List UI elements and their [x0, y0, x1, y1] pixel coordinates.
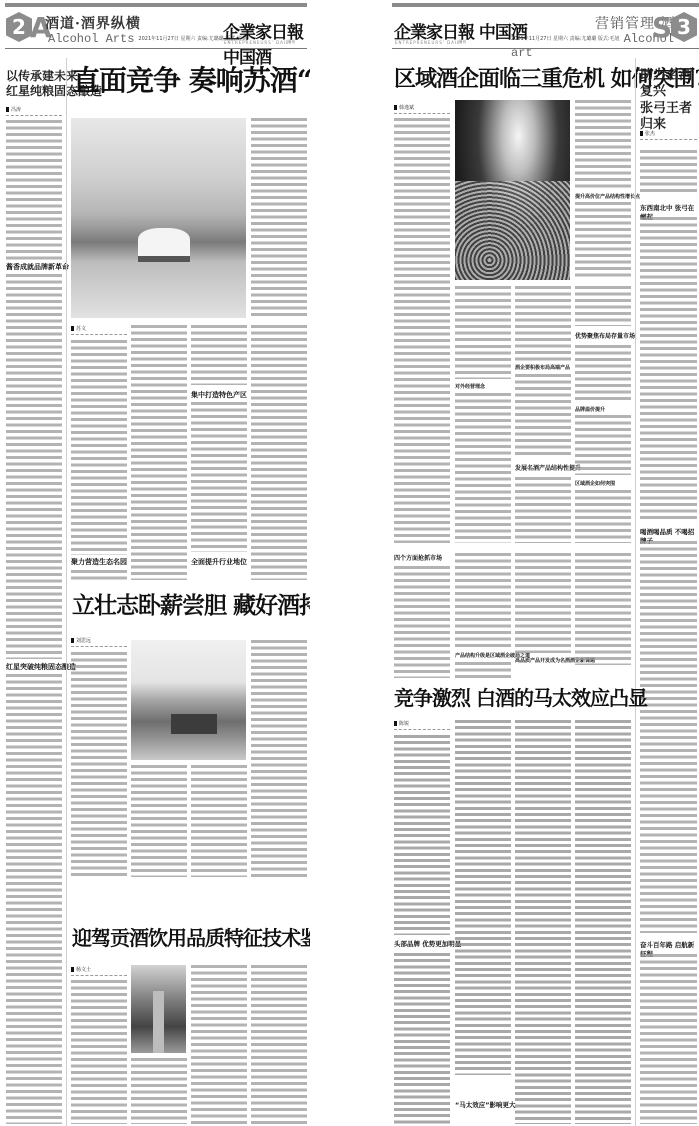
second-headline: 竞争激烈 白酒的马太效应凸显	[394, 688, 647, 708]
lead-text-col-2e	[455, 662, 511, 678]
lead-text-col-4	[251, 325, 307, 580]
lead-text-col-3d	[515, 553, 571, 653]
third-text-col-2	[131, 1058, 187, 1124]
second-byline: 刘思远	[71, 637, 127, 647]
third-text-col-3	[191, 965, 247, 1124]
lead-inline-bold-3: 酒企要积极布局高端产品	[515, 364, 570, 371]
masthead-tag: 周刊	[458, 39, 466, 45]
second-text-col-3	[515, 720, 571, 1124]
side-text-col-3	[640, 541, 697, 933]
section-title: 酒道·酒界纵横	[45, 13, 141, 33]
header-rule	[392, 48, 699, 49]
side-text-col-2	[640, 217, 697, 522]
lead-byline: 韩逸斌	[394, 104, 450, 114]
right-page: 企業家日報 中国酒 ENTREPRENEURS' DAILY 周刊 营销管理·酒…	[388, 0, 699, 1126]
winery-photo	[71, 118, 246, 318]
section-subtitle: Alcohol Arts	[48, 32, 134, 46]
dateline: 2021年11月27日 星期六 责编:尤璐璐 版式:毛旭	[511, 36, 620, 42]
side-byline: 张杰	[640, 130, 697, 140]
third-text-col-1	[71, 980, 127, 1124]
second-text-col-1b	[394, 953, 450, 1124]
lead-subhead-3: 优势聚焦布局存量市场	[575, 331, 635, 340]
page-gutter	[310, 0, 388, 1126]
side-text-col-3	[6, 674, 62, 1124]
side-headline: 助力名酒复兴 张弓王者归来	[640, 68, 699, 133]
lead-text-col-4a	[575, 286, 631, 326]
masthead-en: ENTREPRENEURS' DAILY	[395, 40, 463, 45]
lead-text-col-3c	[515, 477, 571, 543]
header-rule	[5, 48, 307, 49]
side-headline-line1: 助力名酒复兴	[640, 68, 699, 101]
top-bar	[5, 3, 307, 7]
second-text-col-4	[575, 720, 631, 1124]
lead-text-col-2	[131, 325, 187, 580]
side-headline-line2: 张弓王者归来	[640, 101, 699, 134]
lead-text-col-2b	[455, 345, 511, 379]
lead-inline-bold-1: 提升高价位产品结构性增长点	[575, 193, 640, 200]
side-subhead: 酱香成就品牌新革命	[6, 262, 69, 272]
page-number-badge: 2	[6, 12, 32, 42]
lead-text-col-2a	[455, 286, 511, 341]
lead-text-col-4b	[575, 345, 631, 400]
column-divider	[635, 58, 636, 1126]
third-headline: 迎驾贡酒饮用品质特征技术鉴定会召开	[72, 928, 310, 948]
lead-text-col-2c	[455, 393, 511, 543]
grain-photo	[455, 100, 570, 280]
side-text-col-2	[6, 274, 62, 659]
lead-text-col-1b	[71, 570, 127, 580]
lead-text-col-1	[394, 118, 450, 543]
second-text-col-2	[131, 765, 187, 877]
side-byline: 冯涛	[6, 106, 62, 116]
lead-text-col-3a	[191, 325, 247, 385]
lead-text-col-4d	[575, 490, 631, 543]
lead-subhead-3: 全面提升行业地位	[191, 557, 247, 567]
lead-headline: 直面竞争 奏响苏酒“大合唱”	[72, 67, 310, 95]
masthead-tag: 周刊	[287, 39, 295, 45]
lead-inline-bold-4: 品牌溢价提升	[575, 406, 605, 413]
masthead-en: ENTREPRENEURS' DAILY	[224, 40, 292, 45]
lead-text-col-2d	[455, 553, 511, 648]
lead-text-col-r	[251, 118, 307, 318]
meeting-photo	[131, 965, 186, 1053]
lead-text-col-3b	[515, 374, 571, 456]
side-text-col-1	[640, 150, 697, 195]
lead-text-col-1b	[394, 566, 450, 678]
lead-subhead-2: 聚力营造生态名园	[71, 557, 127, 567]
side-text-col	[6, 120, 62, 260]
lead-inline-bold-2: 对外经营理念	[455, 383, 485, 390]
lead-byline: 苏文	[71, 325, 127, 335]
lead-text-col-4c	[575, 415, 631, 475]
lead-subhead-1: 四个方面抢抓市场	[394, 553, 442, 562]
second-text-col-2	[455, 720, 511, 1075]
lead-text-col-r2	[575, 202, 631, 280]
third-byline: 杨文士	[71, 966, 127, 976]
second-subhead-1: 头部品牌 优势更加明显	[394, 939, 461, 948]
column-divider	[66, 58, 67, 1126]
second-subhead-2: “马太效应”影响更大	[455, 1100, 516, 1109]
lead-text-col-3a	[515, 286, 571, 361]
second-headline: 立壮志卧薪尝胆 藏好酒持之以恒	[72, 594, 310, 617]
second-byline: 陈锐	[394, 720, 450, 730]
left-page: 2 A 酒道·酒界纵横 Alcohol Arts2021年11月27日 星期六 …	[0, 0, 310, 1126]
second-text-col-1	[394, 735, 450, 935]
lead-text-col-4e	[575, 553, 631, 665]
lead-text-col-3b	[191, 402, 247, 552]
second-text-col-3	[191, 765, 247, 877]
section-letter: S	[652, 14, 672, 42]
top-bar	[392, 3, 699, 7]
third-text-col-4	[251, 965, 307, 1124]
lead-text-col-1	[71, 340, 127, 555]
second-text-col-1	[71, 652, 127, 877]
factory-photo	[131, 640, 246, 760]
lead-subhead-1: 集中打造特色产区	[191, 390, 247, 400]
section-subtitle-row: Alcohol Arts2021年11月27日 星期六 责编:尤璐璐 版式:顾婧	[48, 32, 247, 46]
lead-inline-bold-5: 区域酒企如何突围	[575, 480, 615, 487]
lead-text-col-r1	[575, 100, 631, 190]
second-text-col-4	[251, 640, 307, 877]
side-text-col-4	[640, 954, 697, 1124]
lead-subhead-2: 发展名酒产品结构性提升	[515, 463, 581, 472]
